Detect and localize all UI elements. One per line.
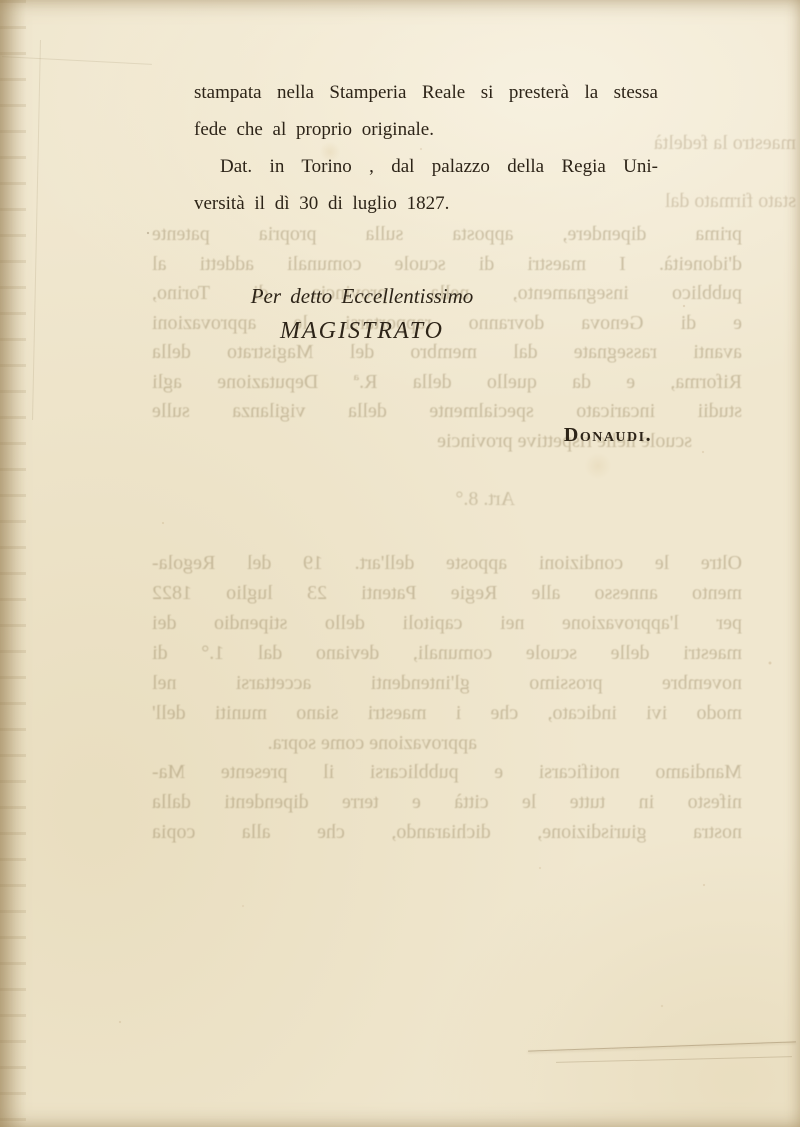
- ghost-text-line: novembre prossimo gl'intendenti accettar…: [152, 668, 742, 698]
- ghost-text-line: d'idoneità. I maestri di scuole comunali…: [152, 250, 742, 280]
- signature-name: Donaudi.: [548, 424, 668, 447]
- ghost-text-line: studii incaricato specialmente della vig…: [152, 397, 742, 427]
- ghost-text-line: modo ivi indicato, che i maestri siano m…: [152, 698, 742, 728]
- ghost-text-line: Oltre le condizioni apposte dell'art. 19…: [152, 548, 742, 578]
- attribution-line: Per detto Eccellentissimo: [194, 284, 530, 309]
- show-through-band-b: Oltre le condizioni apposte dell'art. 19…: [152, 548, 742, 758]
- ghost-text-line: nostra giurisdizione, dichiarando, che a…: [152, 817, 742, 847]
- text-line: fede che al proprio originale.: [194, 111, 658, 148]
- ghost-text-line: approvazione come sopra.: [152, 728, 742, 758]
- scanned-page: maestro la fedeltà stato firmato dal pri…: [0, 0, 800, 1127]
- ghost-text-line: prima dipendere, apposta sulla propria p…: [152, 220, 742, 250]
- ghost-text-line: mento annesso alle Regie Patenti 23 lugl…: [152, 578, 742, 608]
- ghost-text-line: per l'approvazione nei capitoli dello st…: [152, 608, 742, 638]
- text-line: versità il dì 30 di luglio 1827.: [194, 185, 658, 222]
- ghost-text-line: maestri delle scuole comunali, deviano d…: [152, 638, 742, 668]
- show-through-band-c: Mandiamo notificarsi e pubblicarsi il pr…: [152, 757, 742, 847]
- magistrato-title: MAGISTRATO: [194, 318, 530, 345]
- ghost-text-line: Riforma, e da quello della R.ª Deputazio…: [152, 368, 742, 398]
- ghost-text-line: nifesto in tutte le città e terre dipend…: [152, 787, 742, 817]
- closing-paragraph: stampata nella Stamperia Reale si preste…: [194, 74, 658, 222]
- ghost-text-line: Mandiamo notificarsi e pubblicarsi il pr…: [152, 757, 742, 787]
- attribution-block: Per detto Eccellentissimo MAGISTRATO: [194, 284, 530, 345]
- text-line: stampata nella Stamperia Reale si preste…: [194, 74, 658, 111]
- text-line: Dat. in Torino , dal palazzo della Regia…: [194, 148, 658, 185]
- show-through-article-heading: Art. 8.°: [395, 488, 515, 511]
- ghost-text-line: Art. 8.°: [395, 488, 515, 511]
